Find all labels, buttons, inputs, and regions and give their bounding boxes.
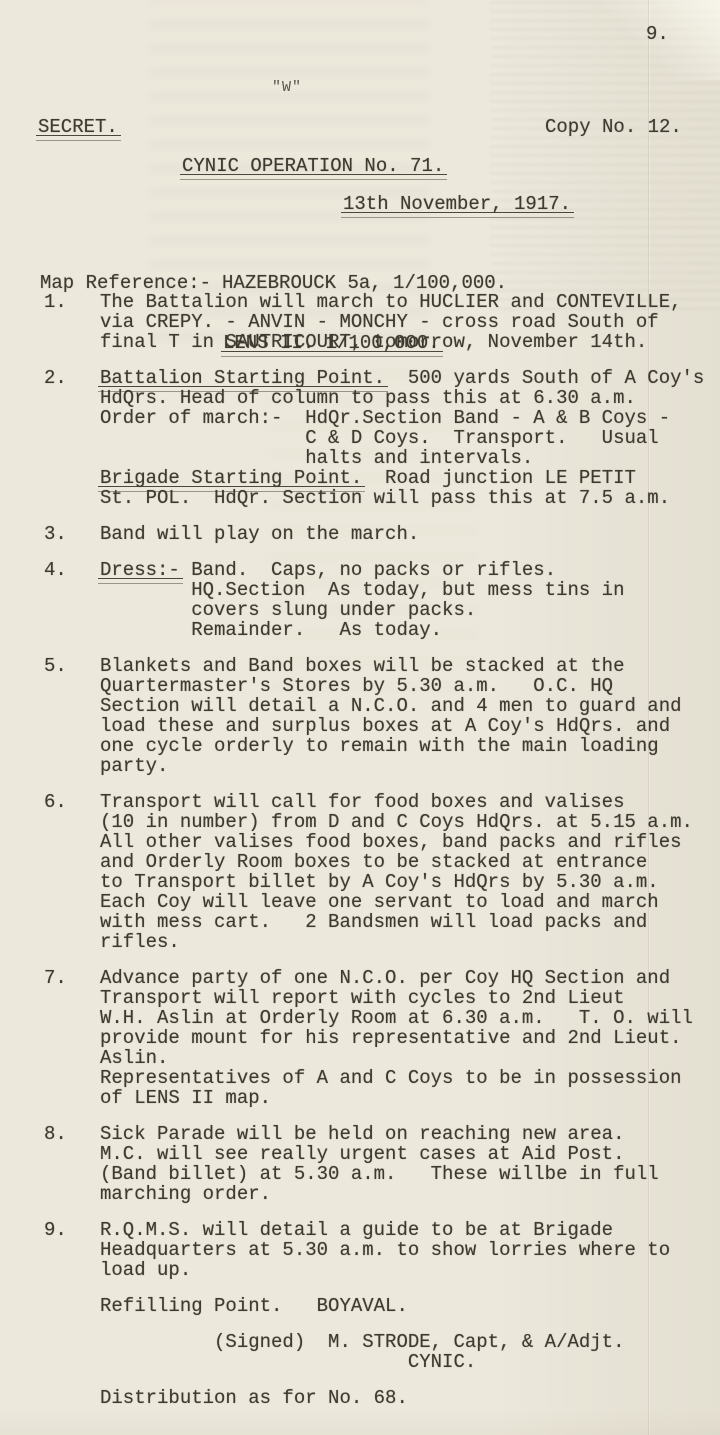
text-line: final T in SAUTRICOURT, tomorrow, Novemb… (100, 332, 720, 352)
text-line: Distribution as for No. 68. (100, 1388, 720, 1408)
text-segment: party. (100, 755, 168, 777)
item-number: 2. (44, 368, 67, 388)
item-number: 5. (44, 656, 67, 676)
text-line: party. (100, 756, 720, 776)
text-segment: via CREPY. - ANVIN - MONCHY - cross road… (100, 311, 659, 333)
text-segment: halts and intervals. (100, 447, 533, 469)
order-items: 1.The Battalion will march to HUCLIER an… (0, 292, 720, 1424)
text-line: CYNIC. (100, 1352, 720, 1372)
underlined-text: Dress:- (100, 559, 180, 581)
text-segment: covers slung under packs. (100, 599, 476, 621)
text-segment: Each Coy will leave one servant to load … (100, 891, 659, 913)
item-number: 4. (44, 560, 67, 580)
text-line: rifles. (100, 932, 720, 952)
text-line: Aslin. (100, 1048, 720, 1068)
document-date-text: 13th November, 1917. (343, 193, 571, 215)
text-segment: Distribution as for No. 68. (100, 1387, 408, 1409)
text-line: All other valises food boxes, band packs… (100, 832, 720, 852)
text-line: Brigade Starting Point. Road junction LE… (100, 468, 720, 488)
item-number: 9. (44, 1220, 67, 1240)
text-line: (10 in number) from D and C Coys HdQrs. … (100, 812, 720, 832)
text-line: Band will play on the march. (100, 524, 720, 544)
text-segment: The Battalion will march to HUCLIER and … (100, 291, 682, 313)
text-segment: (Band billet) at 5.30 a.m. These willbe … (100, 1163, 659, 1185)
text-line: load up. (100, 1260, 720, 1280)
text-segment: Blankets and Band boxes will be stacked … (100, 655, 625, 677)
text-line: The Battalion will march to HUCLIER and … (100, 292, 720, 312)
text-segment: one cycle orderly to remain with the mai… (100, 735, 659, 757)
paper-streaks-texture (490, 0, 720, 310)
text-line: HQ.Section As today, but mess tins in (100, 580, 720, 600)
text-segment: C & D Coys. Transport. Usual (100, 427, 659, 449)
page-number: 9. (646, 24, 669, 44)
text-segment: (10 in number) from D and C Coys HdQrs. … (100, 811, 693, 833)
text-segment: Section will detail a N.C.O. and 4 men t… (100, 695, 682, 717)
underlined-text: Brigade Starting Point. (100, 467, 362, 489)
text-line: Battalion Starting Point. 500 yards Sout… (100, 368, 720, 388)
text-line: provide mount for his representative and… (100, 1028, 720, 1048)
text-segment: Quartermaster's Stores by 5.30 a.m. O.C.… (100, 675, 613, 697)
order-item: 3.Band will play on the march. (0, 524, 720, 544)
text-line: Blankets and Band boxes will be stacked … (100, 656, 720, 676)
text-segment: load up. (100, 1259, 191, 1281)
order-item: 4.Dress:- Band. Caps, no packs or rifles… (0, 560, 720, 640)
text-segment: R.Q.M.S. will detail a guide to be at Br… (100, 1219, 613, 1241)
text-segment: Order of march:- HdQr.Section Band - A &… (100, 407, 670, 429)
order-item: 7.Advance party of one N.C.O. per Coy HQ… (0, 968, 720, 1108)
document-title: CYNIC OPERATION No. 71. (182, 156, 444, 176)
signature-block: (Signed) M. STRODE, Capt, & A/Adjt. CYNI… (0, 1332, 720, 1372)
refilling-point-line: Refilling Point. BOYAVAL. (0, 1296, 720, 1316)
text-segment: Advance party of one N.C.O. per Coy HQ S… (100, 967, 670, 989)
text-segment: of LENS II map. (100, 1087, 271, 1109)
item-number: 3. (44, 524, 67, 544)
text-segment: Refilling Point. BOYAVAL. (100, 1295, 408, 1317)
text-line: Quartermaster's Stores by 5.30 a.m. O.C.… (100, 676, 720, 696)
order-item: 8.Sick Parade will be held on reaching n… (0, 1124, 720, 1204)
paper-corner-crease (570, 0, 720, 80)
text-line: covers slung under packs. (100, 600, 720, 620)
text-line: Headquarters at 5.30 a.m. to show lorrie… (100, 1240, 720, 1260)
text-line: and Orderly Room boxes to be stacked at … (100, 852, 720, 872)
underlined-text: Battalion Starting Point. (100, 367, 385, 389)
text-segment: All other valises food boxes, band packs… (100, 831, 682, 853)
text-segment: Aslin. (100, 1047, 168, 1069)
document-date: 13th November, 1917. (343, 194, 571, 214)
document-title-text: CYNIC OPERATION No. 71. (182, 155, 444, 177)
typed-w-mark: "W" (272, 78, 302, 98)
text-line: of LENS II map. (100, 1088, 720, 1108)
text-line: halts and intervals. (100, 448, 720, 468)
text-line: Transport will report with cycles to 2nd… (100, 988, 720, 1008)
text-segment: Remainder. As today. (100, 619, 442, 641)
order-item: 9.R.Q.M.S. will detail a guide to be at … (0, 1220, 720, 1280)
text-segment: to Transport billet by A Coy's HdQrs by … (100, 871, 659, 893)
map-reference-line: Map Reference:-HAZEBROUCK 5a, 1/100,000. (40, 273, 507, 293)
text-segment: M.C. will see really urgent cases at Aid… (100, 1143, 625, 1165)
text-line: R.Q.M.S. will detail a guide to be at Br… (100, 1220, 720, 1240)
order-item: 5.Blankets and Band boxes will be stacke… (0, 656, 720, 776)
item-number: 7. (44, 968, 67, 988)
text-line: Representatives of A and C Coys to be in… (100, 1068, 720, 1088)
text-line: Dress:- Band. Caps, no packs or rifles. (100, 560, 720, 580)
text-segment: Sick Parade will be held on reaching new… (100, 1123, 625, 1145)
item-number: 8. (44, 1124, 67, 1144)
item-number: 1. (44, 292, 67, 312)
text-line: Order of march:- HdQr.Section Band - A &… (100, 408, 720, 428)
text-segment: and Orderly Room boxes to be stacked at … (100, 851, 647, 873)
text-segment: CYNIC. (100, 1351, 476, 1373)
text-line: marching order. (100, 1184, 720, 1204)
text-line: to Transport billet by A Coy's HdQrs by … (100, 872, 720, 892)
text-line: one cycle orderly to remain with the mai… (100, 736, 720, 756)
text-line: M.C. will see really urgent cases at Aid… (100, 1144, 720, 1164)
scanned-document-page: 9. "W" SECRET. Copy No. 12. CYNIC OPERAT… (0, 0, 720, 1435)
copy-number: Copy No. 12. (545, 117, 682, 137)
text-line: Refilling Point. BOYAVAL. (100, 1296, 720, 1316)
text-segment: Headquarters at 5.30 a.m. to show lorrie… (100, 1239, 670, 1261)
text-segment: provide mount for his representative and… (100, 1027, 682, 1049)
text-line: C & D Coys. Transport. Usual (100, 428, 720, 448)
text-segment: (Signed) M. STRODE, Capt, & A/Adjt. (100, 1331, 625, 1353)
text-segment: marching order. (100, 1183, 271, 1205)
order-item: 2.Battalion Starting Point. 500 yards So… (0, 368, 720, 508)
classification-text: SECRET. (38, 116, 118, 138)
text-segment: rifles. (100, 931, 180, 953)
text-segment: Transport will call for food boxes and v… (100, 791, 625, 813)
text-segment: Band will play on the march. (100, 523, 419, 545)
text-line: Remainder. As today. (100, 620, 720, 640)
text-line: Each Coy will leave one servant to load … (100, 892, 720, 912)
classification-label: SECRET. (38, 117, 118, 137)
distribution-line: Distribution as for No. 68. (0, 1388, 720, 1408)
text-line: with mess cart. 2 Bandsmen will load pac… (100, 912, 720, 932)
order-item: 1.The Battalion will march to HUCLIER an… (0, 292, 720, 352)
item-number: 6. (44, 792, 67, 812)
text-segment: Band. Caps, no packs or rifles. (180, 559, 556, 581)
text-segment: W.H. Aslin at Orderly Room at 6.30 a.m. … (100, 1007, 693, 1029)
text-segment: final T in SAUTRICOURT, tomorrow, Novemb… (100, 331, 647, 353)
order-item: 6.Transport will call for food boxes and… (0, 792, 720, 952)
text-line: (Band billet) at 5.30 a.m. These willbe … (100, 1164, 720, 1184)
text-line: W.H. Aslin at Orderly Room at 6.30 a.m. … (100, 1008, 720, 1028)
text-segment: with mess cart. 2 Bandsmen will load pac… (100, 911, 647, 933)
text-segment: 500 yards South of A Coy's (385, 367, 704, 389)
text-line: Transport will call for food boxes and v… (100, 792, 720, 812)
text-line: via CREPY. - ANVIN - MONCHY - cross road… (100, 312, 720, 332)
text-line: Sick Parade will be held on reaching new… (100, 1124, 720, 1144)
text-line: (Signed) M. STRODE, Capt, & A/Adjt. (100, 1332, 720, 1352)
text-line: Section will detail a N.C.O. and 4 men t… (100, 696, 720, 716)
text-line: load these and surplus boxes at A Coy's … (100, 716, 720, 736)
text-line: Advance party of one N.C.O. per Coy HQ S… (100, 968, 720, 988)
text-segment: load these and surplus boxes at A Coy's … (100, 715, 670, 737)
text-segment: Representatives of A and C Coys to be in… (100, 1067, 682, 1089)
text-segment: Transport will report with cycles to 2nd… (100, 987, 625, 1009)
text-segment: Road junction LE PETIT (362, 467, 636, 489)
